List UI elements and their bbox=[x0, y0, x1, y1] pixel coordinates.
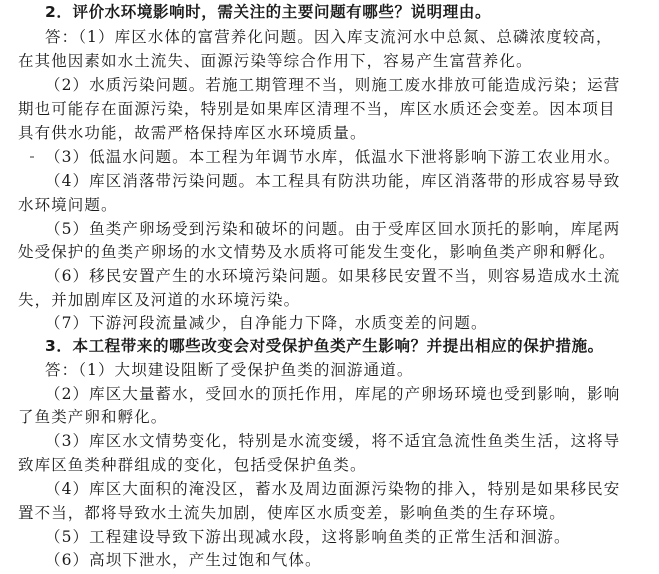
scan-artifact bbox=[30, 156, 34, 158]
text-line: 置不当，都将导致水土流失加剧，使库区水质变差，影响鱼类的生存环境。 bbox=[18, 503, 566, 523]
text-line: （2）库区大量蓄水，受回水的顶托作用，库尾的产卵场环境也受到影响，影响 bbox=[45, 384, 620, 404]
text-line: （4）库区消落带污染问题。本工程具有防洪功能，库区消落带的形成容易导致 bbox=[45, 171, 620, 191]
text-line: （6）高坝下泄水，产生过饱和气体。 bbox=[45, 550, 322, 570]
text-line: 处受保护的鱼类产卵场的水文情势及水质将可能发生变化，影响鱼类产卵和孵化。 bbox=[18, 242, 616, 262]
text-line: （3）库区水文情势变化，特别是水流变缓，将不适宜急流性鱼类生活，这将导 bbox=[45, 431, 620, 451]
text-line: 具有供水功能，故需严格保持库区水环境质量。 bbox=[18, 123, 367, 143]
question-2-heading: 2．评价水环境影响时，需关注的主要问题有哪些？说明理由。 bbox=[45, 2, 491, 22]
text-line: （5）鱼类产卵场受到污染和破坏的问题。由于受库区回水顶托的影响，库尾两 bbox=[45, 219, 620, 239]
text-line: 期也可能存在面源污染，特别是如果库区清理不当，库区水质还会变差。因本项目 bbox=[18, 99, 616, 119]
text-line: 答：（1）大坝建设阻断了受保护鱼类的洄游通道。 bbox=[45, 360, 413, 380]
text-line: 水环境问题。 bbox=[18, 195, 118, 215]
text-line: 了鱼类产卵和孵化。 bbox=[18, 407, 167, 427]
text-line: （4）库区大面积的淹没区，蓄水及周边面源污染物的排入，特别是如果移民安 bbox=[45, 479, 620, 499]
question-3-heading: 3．本工程带来的哪些改变会对受保护鱼类产生影响？并提出相应的保护措施。 bbox=[45, 336, 604, 356]
text-line: （5）工程建设导致下游出现减水段，这将影响鱼类的正常生活和洄游。 bbox=[45, 527, 571, 547]
text-line: （2）水质污染问题。若施工期管理不当，则施工废水排放可能造成污染；运营 bbox=[45, 75, 620, 95]
text-line: 失，并加剧库区及河道的水环境污染。 bbox=[18, 290, 300, 310]
text-line: 在其他因素如水土流失、面源污染等综合作用下，容易产生富营养化。 bbox=[18, 51, 533, 71]
document-page: 2．评价水环境影响时，需关注的主要问题有哪些？说明理由。 答：（1）库区水体的富… bbox=[0, 0, 659, 574]
text-line: 致库区鱼类种群组成的变化，包括受保护鱼类。 bbox=[18, 455, 367, 475]
text-line: （7）下游河段流量减少，自净能力下降，水质变差的问题。 bbox=[45, 313, 488, 333]
text-line: （3）低温水问题。本工程为年调节水库，低温水下泄将影响下游工农业用水。 bbox=[45, 147, 620, 167]
text-line: （6）移民安置产生的水环境污染问题。如果移民安置不当，则容易造成水土流 bbox=[45, 266, 620, 286]
text-line: 答：（1）库区水体的富营养化问题。因入库支流河水中总氮、总磷浓度较高， bbox=[45, 27, 613, 47]
